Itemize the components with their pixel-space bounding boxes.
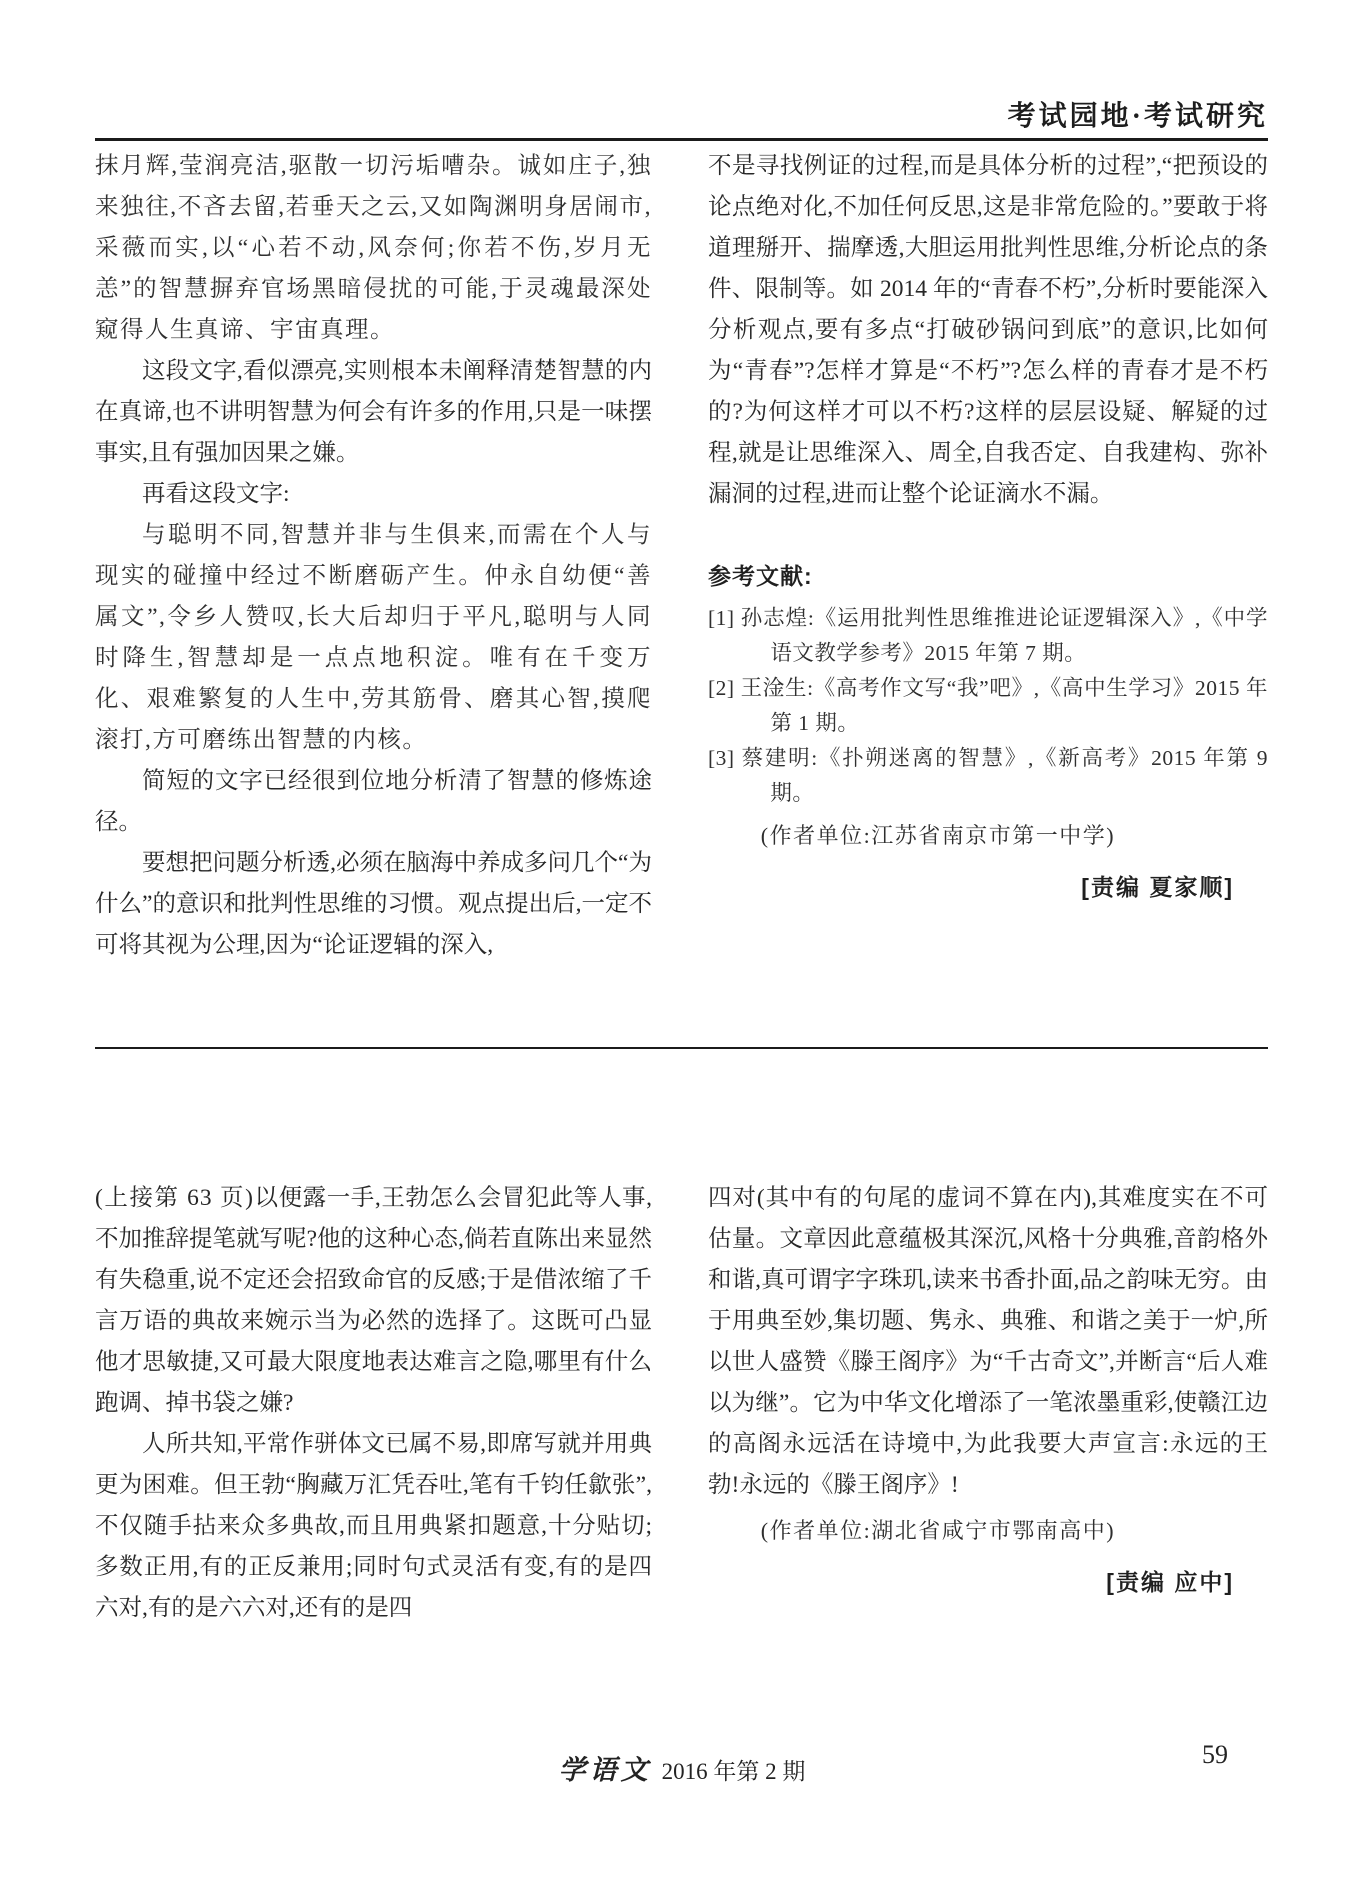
paragraph-text: 以便露一手,王勃怎么会冒犯此等人事,不加推辞提笔就写呢?他的这种心态,倘若直陈出…: [95, 1185, 652, 1416]
paragraph: (上接第 63 页)以便露一手,王勃怎么会冒犯此等人事,不加推辞提笔就写呢?他的…: [95, 1178, 652, 1424]
paragraph: 不是寻找例证的过程,而是具体分析的过程”,“把预设的论点绝对化,不加任何反思,这…: [708, 146, 1268, 515]
author-affiliation: (作者单位:湖北省咸宁市鄂南高中): [708, 1512, 1268, 1550]
quoted-paragraph: 抹月辉,莹润亮洁,驱散一切污垢嘈杂。诚如庄子,独来独往,不吝去留,若垂天之云,又…: [95, 146, 652, 351]
page-header-title: 考试园地·考试研究: [1008, 94, 1268, 134]
header-rule: [95, 138, 1268, 141]
paragraph: 再看这段文字:: [95, 474, 652, 515]
paragraph: 这段文字,看似漂亮,实则根本未阐释清楚智慧的内在真谛,也不讲明智慧为何会有许多的…: [95, 351, 652, 474]
references-heading: 参考文献:: [708, 559, 1268, 593]
reference-item: [1] 孙志煌:《运用批判性思维推进论证逻辑深入》,《中学语文教学参考》2015…: [708, 601, 1268, 671]
continued-from-note: (上接第 63 页): [95, 1185, 254, 1211]
page-footer: 学语文2016 年第 2 期: [0, 1748, 1364, 1787]
article-2-right-column: 四对(其中有的句尾的虚词不算在内),其难度实在不可估量。文章因此意蕴极其深沉,风…: [708, 1178, 1268, 1598]
paragraph: 四对(其中有的句尾的虚词不算在内),其难度实在不可估量。文章因此意蕴极其深沉,风…: [708, 1178, 1268, 1506]
article-1-right-column: 不是寻找例证的过程,而是具体分析的过程”,“把预设的论点绝对化,不加任何反思,这…: [708, 146, 1268, 903]
paragraph: 要想把问题分析透,必须在脑海中养成多问几个“为什么”的意识和批判性思维的习惯。观…: [95, 843, 652, 966]
article-1-left-column: 抹月辉,莹润亮洁,驱散一切污垢嘈杂。诚如庄子,独来独往,不吝去留,若垂天之云,又…: [95, 146, 652, 966]
section-divider-rule: [95, 1047, 1268, 1049]
reference-item: [3] 蔡建明:《扑朔迷离的智慧》,《新高考》2015 年第 9 期。: [708, 741, 1268, 811]
editor-credit: [责编 夏家顺]: [708, 871, 1268, 903]
page-root: { "header": { "title": "考试园地·考试研究" }, "a…: [0, 0, 1364, 1898]
references-list: [1] 孙志煌:《运用批判性思维推进论证逻辑深入》,《中学语文教学参考》2015…: [708, 601, 1268, 811]
paragraph: 人所共知,平常作骈体文已属不易,即席写就并用典更为困难。但王勃“胸藏万汇凭吞吐,…: [95, 1424, 652, 1629]
article-2-left-column: (上接第 63 页)以便露一手,王勃怎么会冒犯此等人事,不加推辞提笔就写呢?他的…: [95, 1178, 652, 1629]
journal-name: 学语文: [559, 1755, 652, 1785]
author-affiliation: (作者单位:江苏省南京市第一中学): [708, 817, 1268, 855]
paragraph: 简短的文字已经很到位地分析清了智慧的修炼途径。: [95, 761, 652, 843]
editor-credit: [责编 应中]: [708, 1566, 1268, 1598]
issue-info: 2016 年第 2 期: [662, 1759, 806, 1784]
quoted-paragraph: 与聪明不同,智慧并非与生俱来,而需在个人与现实的碰撞中经过不断磨砺产生。仲永自幼…: [95, 515, 652, 761]
page-number: 59: [1202, 1740, 1228, 1770]
reference-item: [2] 王淦生:《高考作文写“我”吧》,《高中生学习》2015 年第 1 期。: [708, 671, 1268, 741]
